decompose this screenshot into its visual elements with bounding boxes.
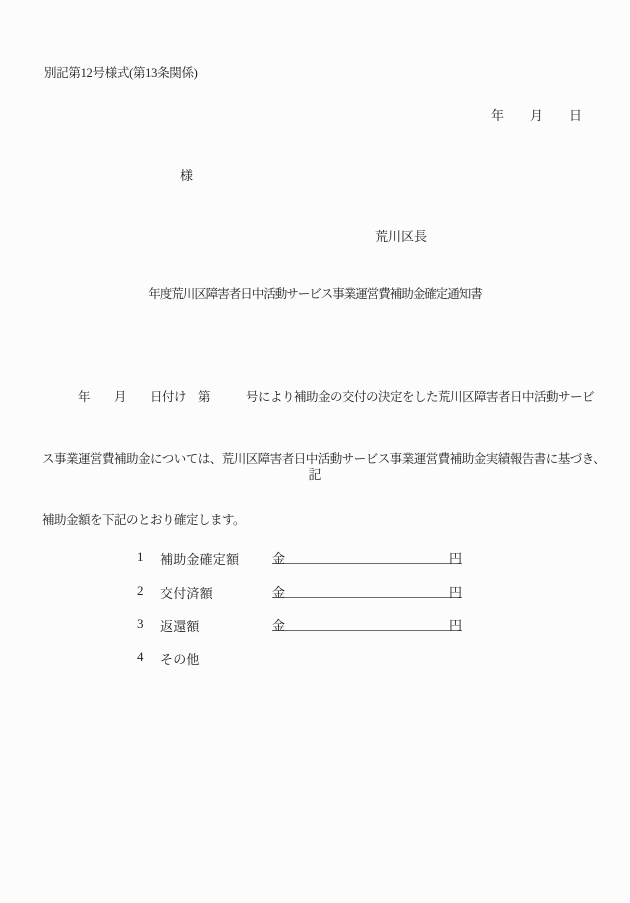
- sender-title: 荒川区長: [375, 226, 427, 245]
- list-item-confirmed-amount: 1 補助金確定額 金 円: [0, 549, 630, 567]
- item-label: その他: [160, 649, 200, 668]
- amount-fill-in-field[interactable]: 金 円: [272, 548, 462, 564]
- amount-prefix-kin: 金: [272, 615, 285, 630]
- body-line: 年 月 日付け 第 号により補助金の交付の決定をした荒川区障害者日中活動サービ: [42, 387, 598, 408]
- addressee-honorific: 様: [180, 165, 193, 184]
- list-item-refund-amount: 3 返還額 金 円: [0, 616, 630, 634]
- date-fill-in-line[interactable]: 年 月 日: [491, 105, 582, 124]
- list-marker-ki: 記: [0, 464, 630, 483]
- list-item-other: 4 その他: [0, 649, 630, 667]
- amount-suffix-yen: 円: [449, 548, 462, 563]
- item-number: 4: [137, 649, 144, 665]
- amount-fill-in-field[interactable]: 金 円: [272, 615, 462, 631]
- amount-prefix-kin: 金: [272, 582, 285, 597]
- list-item-paid-amount: 2 交付済額 金 円: [0, 583, 630, 601]
- item-number: 2: [137, 583, 144, 599]
- amount-fill-in-field[interactable]: 金 円: [272, 582, 462, 598]
- document-title: 年度荒川区障害者日中活動サービス事業運営費補助金確定通知書: [0, 284, 630, 302]
- item-label: 返還額: [160, 616, 200, 635]
- item-label: 交付済額: [160, 583, 213, 602]
- body-paragraph: 年 月 日付け 第 号により補助金の交付の決定をした荒川区障害者日中活動サービ …: [42, 346, 598, 572]
- form-number-label: 別記第12号様式(第13条関係): [44, 63, 198, 81]
- amount-prefix-kin: 金: [272, 548, 285, 563]
- item-number: 3: [137, 616, 144, 632]
- body-line: 補助金額を下記のとおり確定します。: [42, 510, 598, 531]
- item-number: 1: [137, 549, 144, 565]
- item-label: 補助金確定額: [160, 549, 239, 568]
- amount-suffix-yen: 円: [449, 615, 462, 630]
- amount-suffix-yen: 円: [449, 582, 462, 597]
- notice-form-page: 別記第12号様式(第13条関係) 年 月 日 様 荒川区長 年度荒川区障害者日中…: [0, 0, 630, 903]
